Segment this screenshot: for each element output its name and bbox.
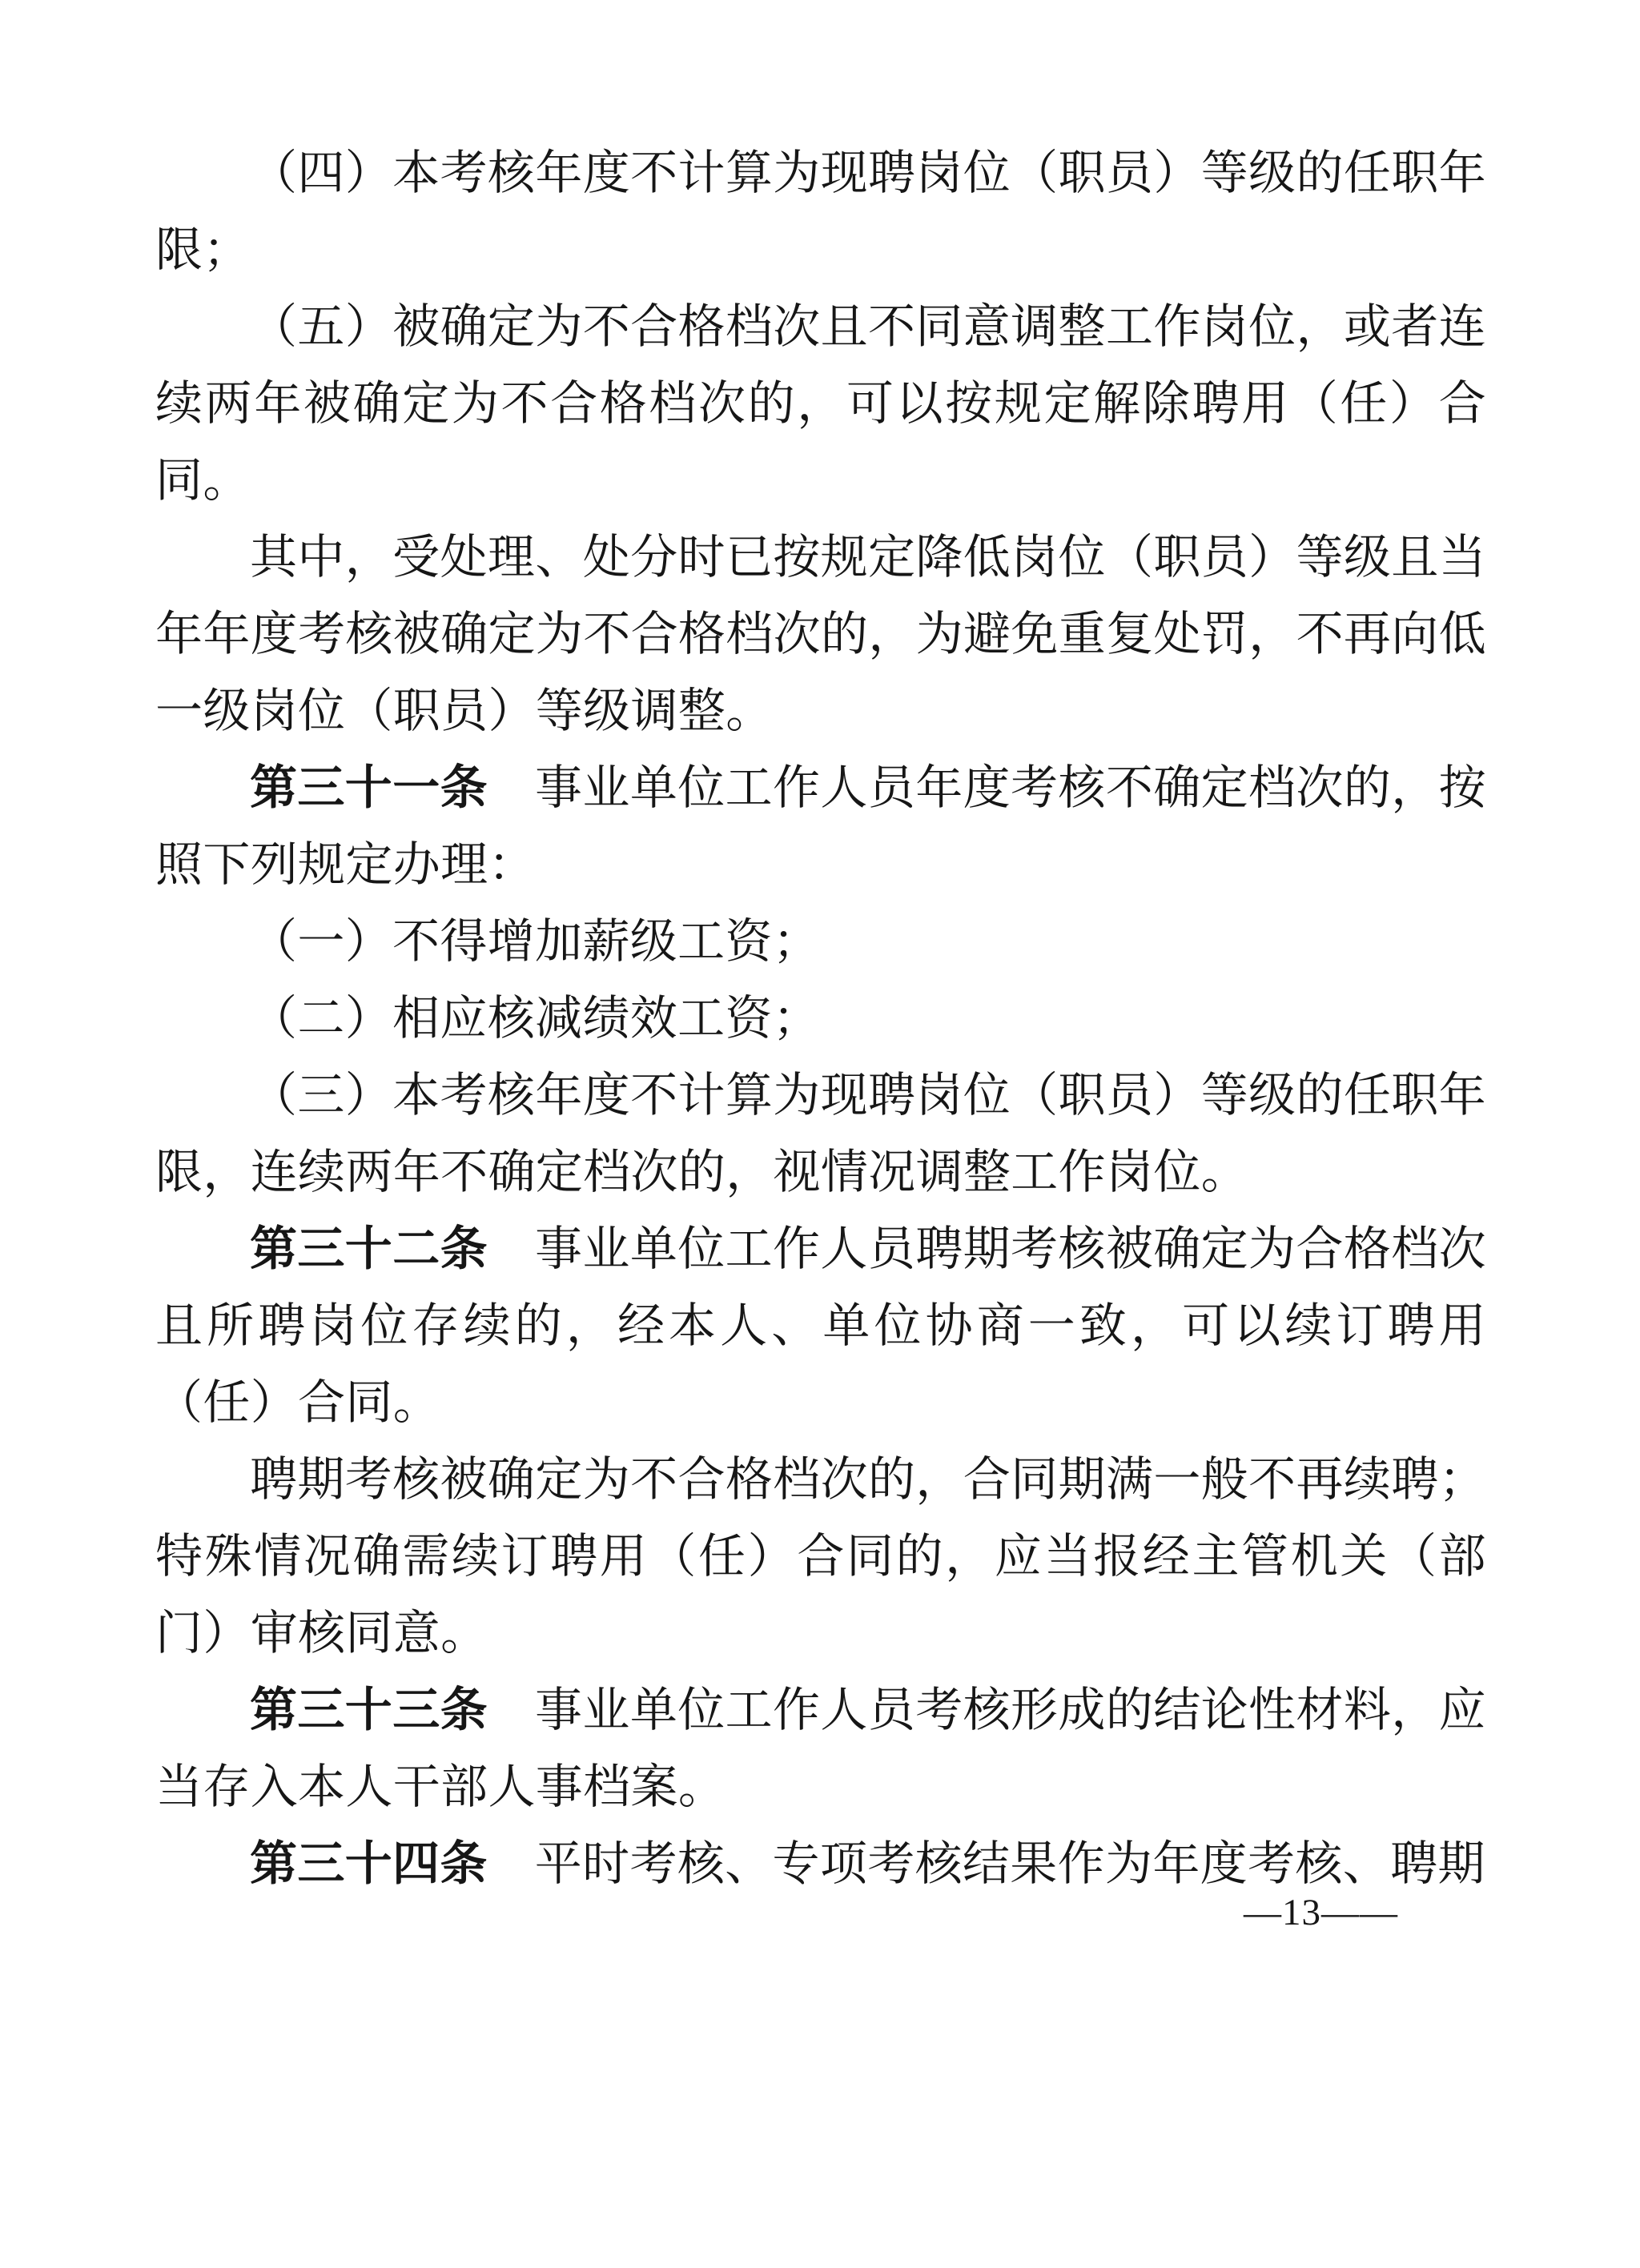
article-number-heading: 第三十三条	[250, 1684, 488, 1736]
paragraph: （一）不得增加薪级工资；	[155, 903, 1486, 980]
document-text-block: （四）本考核年度不计算为现聘岗位（职员）等级的任职年限； （五）被确定为不合格档…	[155, 134, 1486, 1902]
document-page: （四）本考核年度不计算为现聘岗位（职员）等级的任职年限； （五）被确定为不合格档…	[0, 0, 1640, 2268]
paragraph-text: 平时考核、专项考核结果作为年度考核、聘期	[535, 1837, 1485, 1890]
paragraph: 第三十二条事业单位工作人员聘期考核被确定为合格档次且所聘岗位存续的，经本人、单位…	[155, 1210, 1486, 1441]
paragraph: （四）本考核年度不计算为现聘岗位（职员）等级的任职年限；	[155, 134, 1486, 288]
paragraph: 其中，受处理、处分时已按规定降低岗位（职员）等级且当年年度考核被确定为不合格档次…	[155, 519, 1486, 749]
paragraph-text: （二）相应核减绩效工资；	[250, 992, 820, 1045]
paragraph: 第三十三条事业单位工作人员考核形成的结论性材料，应当存入本人干部人事档案。	[155, 1672, 1486, 1825]
paragraph-text: 其中，受处理、处分时已按规定降低岗位（职员）等级且当年年度考核被确定为不合格档次…	[155, 531, 1486, 737]
paragraph: 聘期考核被确定为不合格档次的，合同期满一般不再续聘；特殊情况确需续订聘用（任）合…	[155, 1441, 1486, 1672]
paragraph-text: 聘期考核被确定为不合格档次的，合同期满一般不再续聘；特殊情况确需续订聘用（任）合…	[155, 1453, 1486, 1660]
paragraph-text: （四）本考核年度不计算为现聘岗位（职员）等级的任职年限；	[155, 147, 1486, 276]
paragraph: （五）被确定为不合格档次且不同意调整工作岗位，或者连续两年被确定为不合格档次的，…	[155, 288, 1486, 519]
paragraph-text: （一）不得增加薪级工资；	[250, 915, 820, 968]
article-number-heading: 第三十二条	[250, 1222, 488, 1275]
paragraph-text: （五）被确定为不合格档次且不同意调整工作岗位，或者连续两年被确定为不合格档次的，…	[155, 300, 1486, 507]
paragraph-text: （三）本考核年度不计算为现聘岗位（职员）等级的任职年限，连续两年不确定档次的，视…	[155, 1069, 1486, 1198]
paragraph: （二）相应核减绩效工资；	[155, 980, 1486, 1057]
paragraph: （三）本考核年度不计算为现聘岗位（职员）等级的任职年限，连续两年不确定档次的，视…	[155, 1057, 1486, 1210]
paragraph: 第三十一条事业单位工作人员年度考核不确定档次的，按照下列规定办理：	[155, 749, 1486, 903]
article-number-heading: 第三十一条	[250, 761, 488, 814]
page-number: —13——	[1244, 1891, 1398, 1934]
article-number-heading: 第三十四条	[250, 1837, 488, 1890]
